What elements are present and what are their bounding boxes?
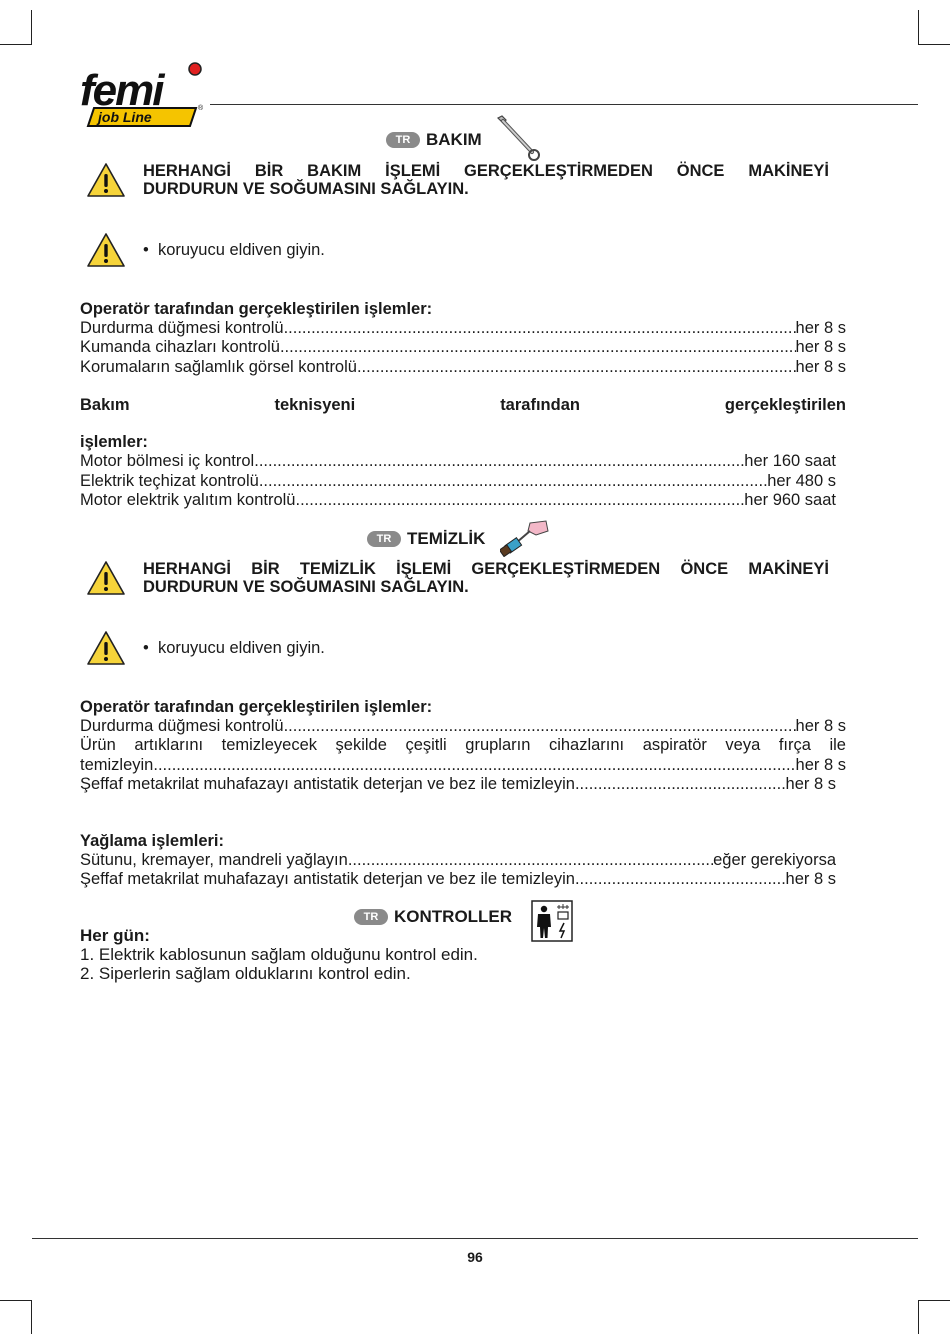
warning-icon	[86, 630, 126, 666]
section-title: KONTROLLER	[394, 907, 512, 927]
footer-rule	[32, 1238, 918, 1239]
list-heading: Bakım teknisyeni tarafından gerçekleştir…	[80, 396, 846, 415]
section-header-temizlik: TR TEMİZLİK	[367, 529, 485, 549]
list-item: Motor elektrik yalıtım kontrolü her 960 …	[80, 491, 836, 510]
list-item: Durdurma düğmesi kontrolüher 8 s	[80, 717, 846, 736]
crop-mark-tl-h	[0, 44, 32, 45]
list-item: Motor bölmesi iç kontrol her 160 saat	[80, 452, 836, 471]
section-header-bakim: TR BAKIM	[386, 130, 482, 150]
page-number: 96	[0, 1249, 950, 1265]
bullet: •	[143, 639, 158, 657]
brush-icon	[500, 519, 550, 557]
list-item: Durdurma düğmesi kontrolüher 8 s	[80, 319, 846, 338]
list-item-text: Ürün artıklarını temizleyecek şekilde çe…	[80, 736, 846, 755]
language-badge: TR	[354, 909, 388, 925]
list-heading: Yağlama işlemleri:	[80, 832, 836, 851]
brand-logo: femi job Line ®	[78, 60, 208, 132]
bakim-operator-list: Operatör tarafından gerçekleştirilen işl…	[80, 300, 846, 377]
list-item: 1. Elektrik kablosunun sağlam olduğunu k…	[80, 945, 846, 964]
crop-mark-tr-h	[918, 44, 950, 45]
section-header-kontroller: TR KONTROLLER	[354, 907, 512, 927]
lubrication-list: Yağlama işlemleri: Sütunu, kremayer, man…	[80, 832, 836, 890]
svg-text:®: ®	[198, 104, 204, 112]
svg-text:job Line: job Line	[96, 109, 152, 125]
list-item: Şeffaf metakrilat muhafazayı antistatik …	[80, 870, 836, 889]
warning-icon	[86, 162, 126, 198]
wrench-icon	[494, 114, 542, 164]
language-badge: TR	[386, 132, 420, 148]
list-heading-cont: işlemler:	[80, 433, 846, 452]
bakim-technician-list: Bakım teknisyeni tarafından gerçekleştir…	[80, 396, 846, 510]
gloves-notice: • koruyucu eldiven giyin.	[143, 639, 325, 658]
temizlik-operator-list: Operatör tarafından gerçekleştirilen işl…	[80, 698, 846, 794]
list-item: Şeffaf metakrilat muhafazayı antistatik …	[80, 775, 836, 794]
crop-mark-bl-v	[31, 1300, 32, 1334]
language-badge: TR	[367, 531, 401, 547]
list-item: 2. Siperlerin sağlam olduklarını kontrol…	[80, 964, 846, 983]
crop-mark-br-v	[918, 1300, 919, 1334]
bullet: •	[143, 241, 158, 259]
gloves-notice: • koruyucu eldiven giyin.	[143, 241, 325, 260]
section-title: TEMİZLİK	[407, 529, 485, 549]
list-item: Korumaların sağlamlık görsel kontrolüher…	[80, 358, 846, 377]
crop-mark-tl-v	[31, 10, 32, 44]
list-heading: Operatör tarafından gerçekleştirilen işl…	[80, 300, 846, 319]
list-item: Sütunu, kremayer, mandreli yağlayın eğer…	[80, 851, 836, 870]
crop-mark-bl-h	[0, 1300, 32, 1301]
warning-icon	[86, 232, 126, 268]
crop-mark-tr-v	[918, 10, 919, 44]
list-heading: Her gün:	[80, 926, 846, 945]
header-rule	[210, 104, 918, 105]
daily-checks: Her gün: 1. Elektrik kablosunun sağlam o…	[80, 926, 846, 984]
warning-text: HERHANGİ BİR TEMİZLİK İŞLEMİ GERÇEKLEŞTİ…	[143, 560, 829, 596]
section-title: BAKIM	[426, 130, 482, 150]
list-item: Elektrik teçhizat kontrolü her 480 s	[80, 472, 836, 491]
list-item: Kumanda cihazları kontrolüher 8 s	[80, 338, 846, 357]
warning-text: HERHANGİ BİR BAKIM İŞLEMİ GERÇEKLEŞTİRME…	[143, 162, 829, 198]
crop-mark-br-h	[918, 1300, 950, 1301]
list-item: temizleyin her 8 s	[80, 756, 846, 775]
list-heading: Operatör tarafından gerçekleştirilen işl…	[80, 698, 846, 717]
warning-icon	[86, 560, 126, 596]
